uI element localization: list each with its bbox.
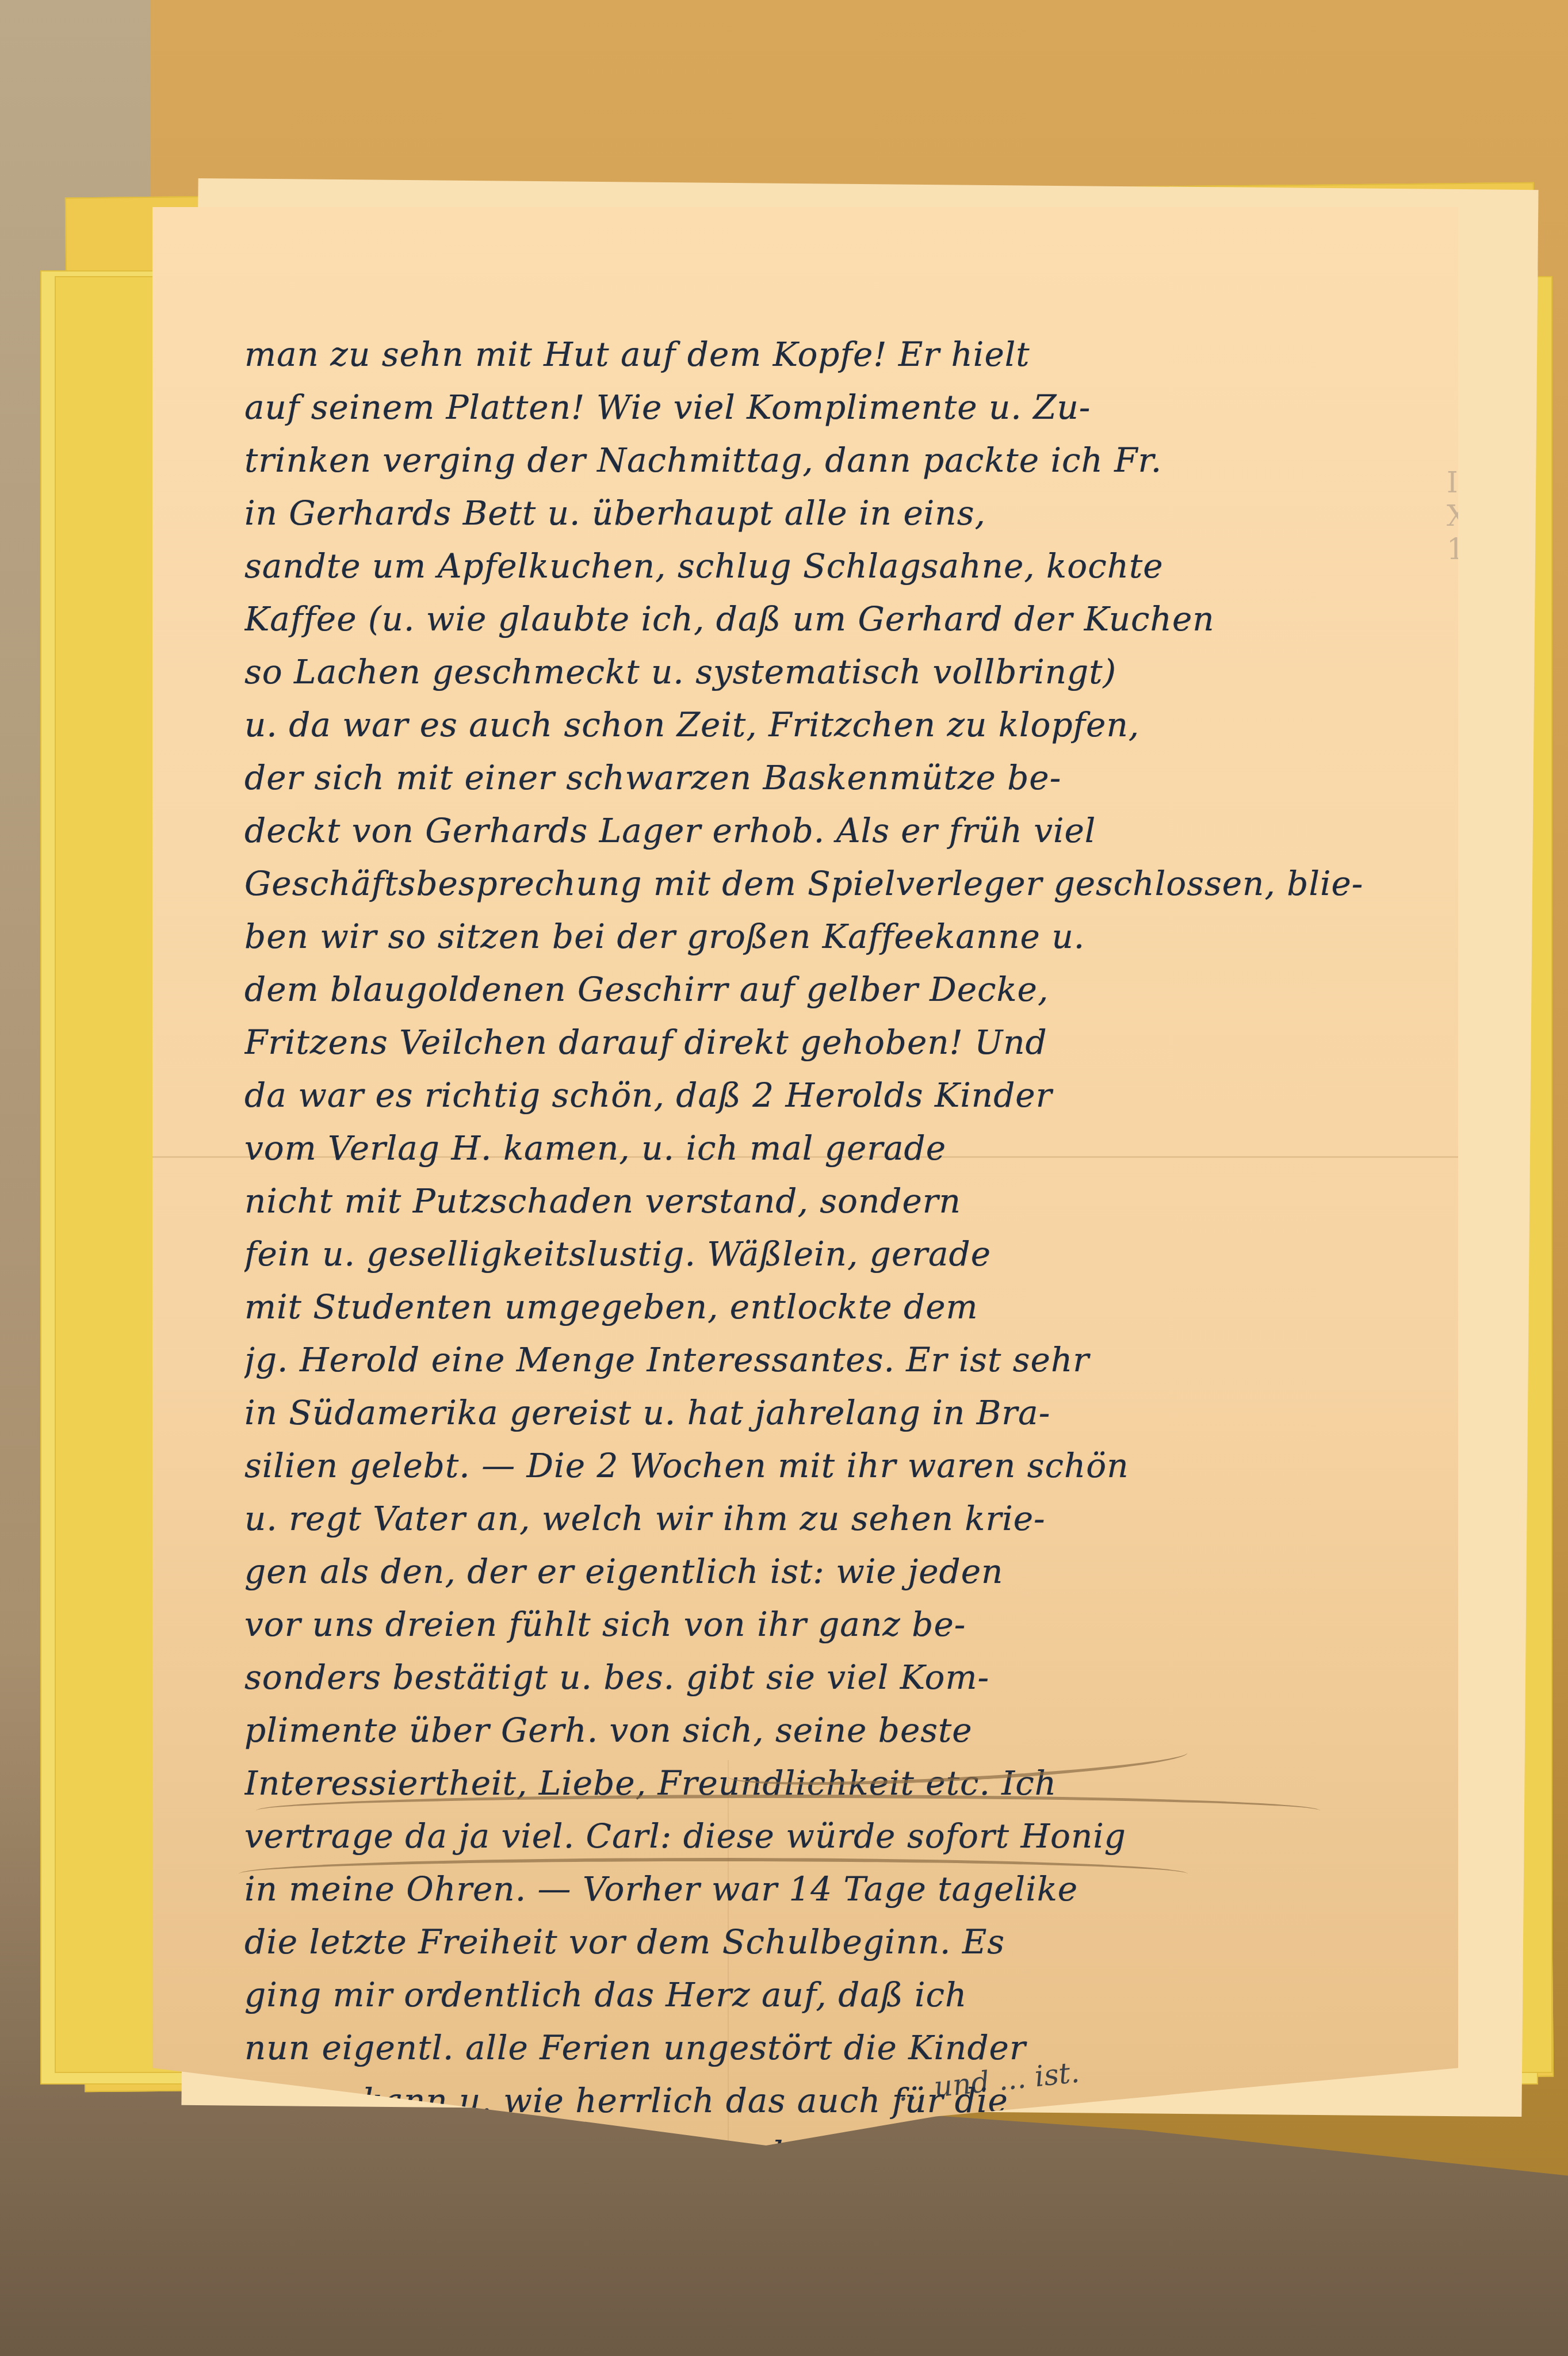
- text-line: in Südamerika gereist u. hat jahrelang i…: [244, 1386, 1441, 1439]
- text-line: vom Verlag H. kamen, u. ich mal gerade: [244, 1122, 1441, 1175]
- text-line: deckt von Gerhards Lager erhob. Als er f…: [244, 804, 1441, 857]
- text-line: nicht mit Putzschaden verstand, sondern: [244, 1175, 1441, 1227]
- text-line: so Lachen geschmeckt u. systematisch vol…: [244, 645, 1441, 698]
- text-line: mit Studenten umgegeben, entlockte dem: [244, 1280, 1441, 1333]
- text-line: man zu sehn mit Hut auf dem Kopfe! Er hi…: [244, 328, 1441, 381]
- text-line: jg. Herold eine Menge Interessantes. Er …: [244, 1333, 1441, 1386]
- text-line: fein u. geselligkeitslustig. Wäßlein, ge…: [244, 1227, 1441, 1280]
- text-line: trinken verging der Nachmittag, dann pac…: [244, 434, 1441, 487]
- text-line: nun eigentl. alle Ferien ungestört die K…: [244, 2021, 1441, 2074]
- text-line: silien gelebt. — Die 2 Wochen mit ihr wa…: [244, 1439, 1441, 1492]
- text-line: ben wir so sitzen bei der großen Kaffeek…: [244, 910, 1441, 963]
- text-line: der sich mit einer schwarzen Baskenmütze…: [244, 751, 1441, 804]
- text-line: sandte um Apfelkuchen, schlug Schlagsahn…: [244, 540, 1441, 592]
- text-line: dem blaugoldenen Geschirr auf gelber Dec…: [244, 963, 1441, 1016]
- pencil-squiggle-mark: [256, 1795, 1320, 1827]
- text-line: plimente über Gerh. von sich, seine best…: [244, 1704, 1441, 1757]
- text-line: in Gerhards Bett u. überhaupt alle in ei…: [244, 487, 1441, 540]
- pencil-squiggle-mark: [239, 1858, 1188, 1890]
- text-line: auf seinem Platten! Wie viel Komplimente…: [244, 381, 1441, 434]
- text-line: gen als den, der er eigentlich ist: wie …: [244, 1545, 1441, 1598]
- text-line: sonders bestätigt u. bes. gibt sie viel …: [244, 1651, 1441, 1704]
- text-line: Geschäftsbesprechung mit dem Spielverleg…: [244, 857, 1441, 910]
- text-line: vor uns dreien fühlt sich von ihr ganz b…: [244, 1598, 1441, 1651]
- letter-page: I X 1 man zu sehn mit Hut auf dem Kopfe!…: [152, 207, 1458, 2145]
- text-line: Kaffee (u. wie glaubte ich, daß um Gerha…: [244, 592, 1441, 645]
- text-line: ging mir ordentlich das Herz auf, daß ic…: [244, 1968, 1441, 2021]
- text-line: Fritzens Veilchen darauf direkt gehoben!…: [244, 1016, 1441, 1069]
- text-line: u. regt Vater an, welch wir ihm zu sehen…: [244, 1492, 1441, 1545]
- text-line: u. da war es auch schon Zeit, Fritzchen …: [244, 698, 1441, 751]
- text-line: die letzte Freiheit vor dem Schulbeginn.…: [244, 1915, 1441, 1968]
- text-line: da war es richtig schön, daß 2 Herolds K…: [244, 1069, 1441, 1122]
- handwritten-text: man zu sehn mit Hut auf dem Kopfe! Er hi…: [244, 328, 1441, 2233]
